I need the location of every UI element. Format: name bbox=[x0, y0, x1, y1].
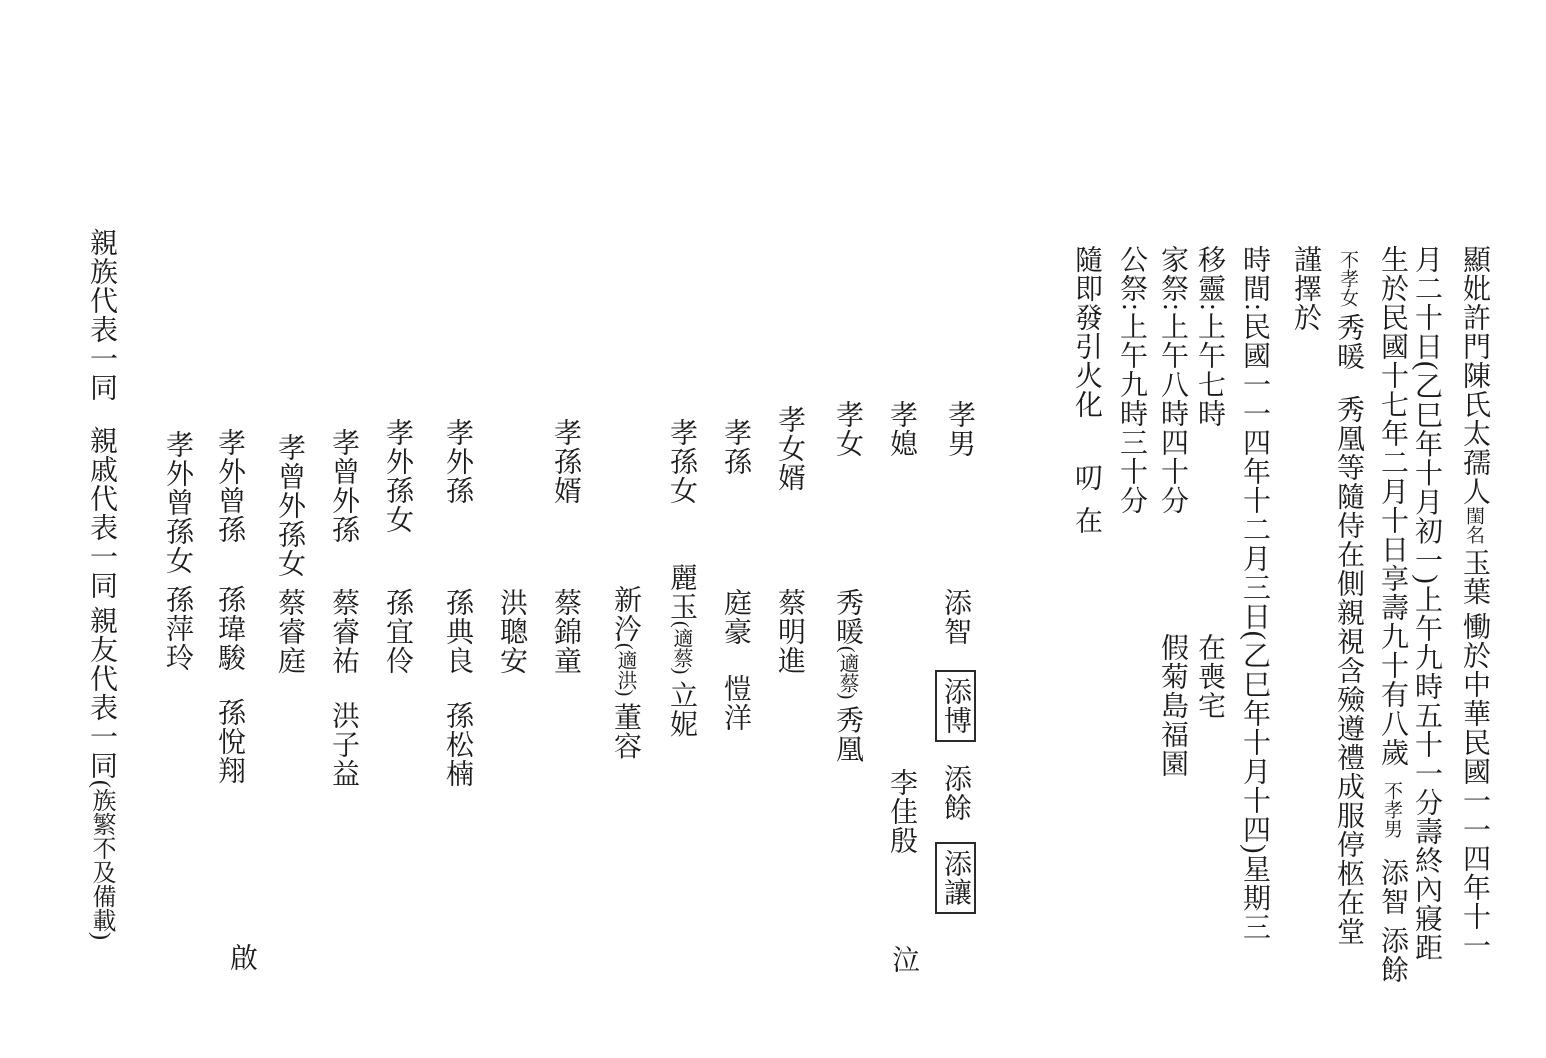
schedule-family-rite: 家祭:上午八時四十分 bbox=[1155, 245, 1189, 515]
outer-great-grandson-sunweijun: 孫瑋駿 bbox=[214, 585, 245, 672]
married-note-cai: (適蔡) bbox=[836, 646, 858, 699]
label-daughters: 孝女 bbox=[830, 400, 864, 458]
birth-date-text: 生於民國十七年二月十日享壽九十有八歲 bbox=[1377, 245, 1408, 767]
outer-great-grandson-sunyuexiang: 孫悅翔 bbox=[214, 698, 245, 785]
label-sons-in-law: 孝女婿 bbox=[772, 405, 806, 492]
closing-dao: 叨 bbox=[1071, 463, 1102, 492]
eulogy-col-4: 不孝女秀暖秀凰等隨侍在側親視含殮遵禮成服停柩在堂 bbox=[1330, 250, 1365, 946]
label-grandsons-in-law: 孝孫婿 bbox=[548, 418, 582, 505]
deceased-given-name: 玉葉 bbox=[1459, 548, 1490, 606]
granddaughter-xinjin: 新汵 bbox=[610, 585, 641, 643]
son-tianzhi: 添智 bbox=[940, 588, 971, 646]
label-daughters-in-law: 孝媳 bbox=[884, 400, 918, 458]
daughter-in-law-lijiayin: 李佳殷 bbox=[886, 768, 917, 855]
grandson-tinghao: 庭豪 bbox=[720, 588, 751, 646]
son-name-tianyu: 添餘 bbox=[1377, 926, 1408, 984]
names-grandsons-in-law-1: 蔡錦童 bbox=[548, 588, 582, 675]
label-outer-grandsons: 孝外孫 bbox=[440, 418, 474, 505]
unfilial-sons-label: 不孝男 bbox=[1381, 781, 1402, 838]
son-name-tianzhi: 添智 bbox=[1377, 858, 1408, 916]
label-outer-great-grandsons: 孝外曾孫 bbox=[212, 428, 246, 544]
son-tianbo-deceased: 添博 bbox=[935, 670, 976, 742]
son-in-law-caimingjin: 蔡明進 bbox=[774, 588, 805, 675]
great-outer-grandson-hongziyi: 洪子益 bbox=[328, 701, 359, 788]
outer-grandson-sunsongnan: 孫松楠 bbox=[442, 701, 473, 788]
closing-weep: 泣 bbox=[886, 945, 920, 974]
eulogy-col-3: 生於民國十七年二月十日享壽九十有八歲不孝男添智添餘 bbox=[1374, 245, 1409, 984]
label-sons: 孝男 bbox=[942, 400, 976, 458]
names-granddaughters-2: 新汵(適洪)董容 bbox=[608, 585, 642, 760]
names-grandsons-in-law-2: 洪聰安 bbox=[494, 588, 528, 675]
names-sons: 添智添博添餘添讓 bbox=[938, 588, 972, 914]
great-outer-granddaughter-cairuiting: 蔡睿庭 bbox=[274, 588, 305, 675]
names-great-outer-granddaughters: 蔡睿庭 bbox=[272, 588, 306, 675]
schedule-move-place: 在喪宅 bbox=[1192, 633, 1226, 720]
representatives-column: 親族代表一同親戚代表一同親友代表一同(族繁不及備載) bbox=[84, 228, 118, 940]
schedule-public-rite: 公祭:上午九時三十分 bbox=[1114, 245, 1148, 515]
son-tianrang-deceased: 添讓 bbox=[935, 842, 976, 914]
daughter-xiunuan: 秀暖 bbox=[832, 588, 863, 646]
names-daughters: 秀暖(適蔡)秀凰 bbox=[830, 588, 864, 763]
rep-friends: 親友代表一同 bbox=[86, 606, 117, 780]
granddaughter-dongrong: 董容 bbox=[610, 702, 641, 760]
outer-great-granddaughter-sunpingling: 孫萍玲 bbox=[162, 585, 193, 672]
death-date-part2: 月二十日(乙巳年十月初一)上午九時五十一分壽終內寢距 bbox=[1411, 245, 1442, 962]
outer-grandson-sundianliang: 孫典良 bbox=[442, 588, 473, 675]
schedule-cremation: 隨即發引火化叨在 bbox=[1069, 245, 1103, 535]
names-great-outer-grandsons: 蔡睿祐洪子益 bbox=[326, 588, 360, 788]
eulogy-col-2: 月二十日(乙巳年十月初一)上午九時五十一分壽終內寢距 bbox=[1409, 245, 1443, 962]
outer-granddaughter-sunyiling: 孫宜伶 bbox=[382, 588, 413, 675]
funeral-notice: { "notice": { "col1": { "main": "顯妣許門陳氏太… bbox=[0, 0, 1546, 1058]
names-grandsons: 庭豪愷洋 bbox=[718, 588, 752, 732]
rep-relatives: 親戚代表一同 bbox=[86, 426, 117, 600]
married-note-hong: (適洪) bbox=[614, 643, 636, 696]
schedule-move-spirit: 移靈:上午七時 bbox=[1192, 245, 1226, 428]
rep-clan: 親族代表一同 bbox=[86, 228, 117, 402]
names-outer-great-grandsons: 孫瑋駿孫悅翔 bbox=[212, 585, 246, 785]
label-outer-great-granddaughters: 孝外曾孫女 bbox=[160, 430, 194, 575]
chosen-date-preamble: 謹擇於 bbox=[1288, 245, 1322, 332]
schedule-rite-place: 假菊島福園 bbox=[1155, 633, 1189, 778]
granddaughter-liyu: 麗玉 bbox=[666, 563, 697, 621]
closing-zai: 在 bbox=[1071, 506, 1102, 535]
death-date-part1: 慟於中華民國一一四年十一 bbox=[1459, 612, 1490, 960]
names-outer-great-granddaughters: 孫萍玲 bbox=[160, 585, 194, 672]
married-note-cai-2: (適蔡) bbox=[670, 621, 692, 674]
label-granddaughters: 孝孫女 bbox=[664, 418, 698, 505]
granddaughter-lini: 立妮 bbox=[666, 680, 697, 738]
names-outer-grandsons: 孫典良孫松楠 bbox=[440, 588, 474, 788]
names-outer-granddaughters: 孫宜伶 bbox=[380, 588, 414, 675]
maiden-name-label: 閨名 bbox=[1463, 506, 1484, 544]
deceased-title: 顯妣許門陳氏太孺人 bbox=[1459, 245, 1490, 506]
names-sons-in-law: 蔡明進 bbox=[772, 588, 806, 675]
label-outer-granddaughters: 孝外孫女 bbox=[380, 418, 414, 534]
label-great-outer-granddaughters: 孝曾外孫女 bbox=[272, 433, 306, 578]
son-tianyu: 添餘 bbox=[940, 764, 971, 822]
unfilial-daughters-label: 不孝女 bbox=[1337, 250, 1358, 307]
closing-announce: 啟 bbox=[224, 943, 258, 972]
attendance-text: 秀凰等隨侍在側親視含殮遵禮成服停柩在堂 bbox=[1333, 395, 1364, 946]
eulogy-col-1: 顯妣許門陳氏太孺人閨名玉葉慟於中華民國一一四年十一 bbox=[1456, 245, 1491, 960]
rep-note: (族繁不及備載) bbox=[88, 780, 114, 940]
names-daughters-in-law: 李佳殷 bbox=[884, 768, 918, 855]
label-great-outer-grandsons: 孝曾外孫 bbox=[326, 428, 360, 544]
schedule-time: 時間:民國一一四年十二月三日(乙巳年十月十四)星期三 bbox=[1237, 245, 1271, 941]
grandson-in-law-hongcongan: 洪聰安 bbox=[496, 588, 527, 675]
label-grandsons: 孝孫 bbox=[718, 418, 752, 476]
grandson-kaiyang: 愷洋 bbox=[720, 674, 751, 732]
daughter-name-xiunuan: 秀暖 bbox=[1333, 313, 1364, 371]
daughter-xiuhuang: 秀凰 bbox=[832, 705, 863, 763]
names-granddaughters-1: 麗玉(適蔡)立妮 bbox=[664, 563, 698, 738]
great-outer-grandson-cairuiyou: 蔡睿祐 bbox=[328, 588, 359, 675]
grandson-in-law-caijintong: 蔡錦童 bbox=[550, 588, 581, 675]
